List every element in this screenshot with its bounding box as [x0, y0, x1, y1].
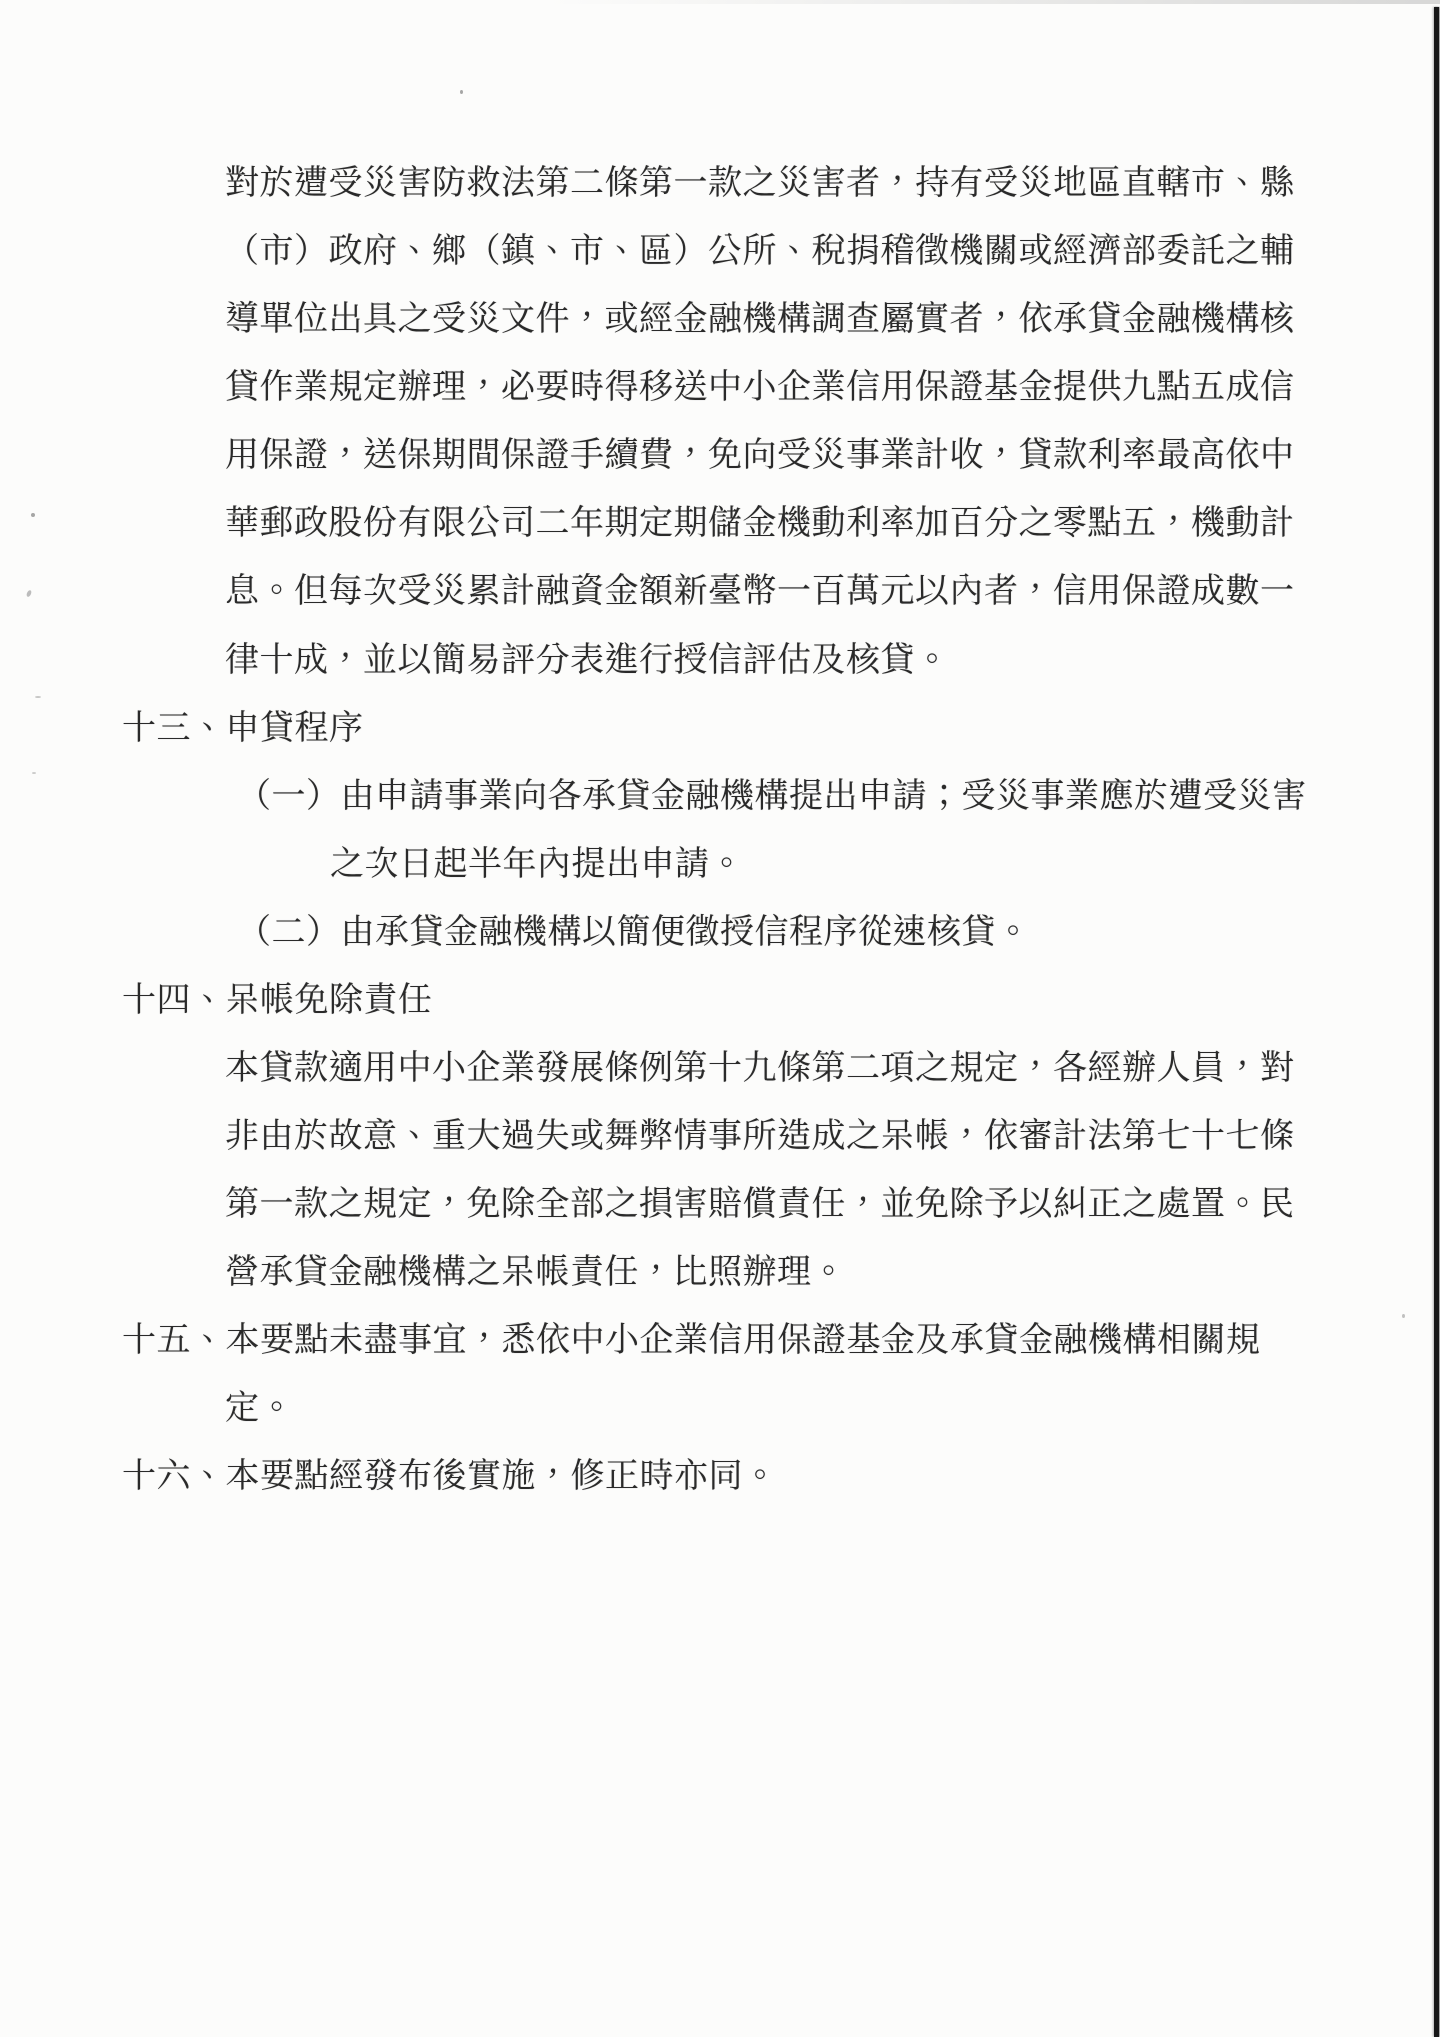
scan-speck: [460, 90, 463, 94]
item-13-sub-2: （二）由承貸金融機構以簡便徵授信程序從速核貸。: [237, 912, 1031, 952]
para12-line-6: 華郵政股份有限公司二年期定期儲金機動利率加百分之零點五，機動計: [225, 503, 1295, 543]
para12-line-3: 導單位出具之受災文件，或經金融機構調查屬實者，依承貸金融機構核: [225, 299, 1295, 339]
para12-line-4: 貸作業規定辦理，必要時得移送中小企業信用保證基金提供九點五成信: [225, 367, 1295, 407]
item-14-heading: 十四、呆帳免除責任: [122, 980, 433, 1020]
para12-line-1: 對於遭受災害防救法第二條第一款之災害者，持有受災地區直轄市、縣: [225, 163, 1295, 203]
para14-line-1: 本貸款適用中小企業發展條例第十九條第二項之規定，各經辦人員，對: [225, 1048, 1295, 1088]
item-13-heading: 十三、申貸程序: [122, 708, 364, 748]
para14-line-2: 非由於故意、重大過失或舞弊情事所造成之呆帳，依審計法第七十七條: [225, 1116, 1295, 1156]
item-13-sub-1-cont: 之次日起半年內提出申請。: [330, 844, 744, 884]
item-15: 十五、本要點未盡事宜，悉依中小企業信用保證基金及承貸金融機構相關規: [122, 1320, 1261, 1360]
scan-speck: [35, 696, 41, 698]
document-page: 對於遭受災害防救法第二條第一款之災害者，持有受災地區直轄市、縣 （市）政府、鄉（…: [0, 0, 1440, 2037]
scan-speck: [31, 513, 35, 517]
para14-line-3: 第一款之規定，免除全部之損害賠償責任，並免除予以糾正之處置。民: [225, 1184, 1295, 1224]
para12-line-8: 律十成，並以簡易評分表進行授信評估及核貸。: [225, 640, 950, 680]
scan-edge-line: [1434, 7, 1439, 2037]
scan-top-edge-streak: [547, 0, 1440, 4]
para12-line-7: 息。但每次受災累計融資金額新臺幣一百萬元以內者，信用保證成數一: [225, 571, 1295, 611]
scan-speck: [1402, 1314, 1405, 1318]
para14-line-4: 營承貸金融機構之呆帳責任，比照辦理。: [225, 1252, 846, 1292]
item-13-sub-1: （一）由申請事業向各承貸金融機構提出申請；受災事業應於遭受災害: [237, 776, 1307, 816]
para12-line-2: （市）政府、鄉（鎮、市、區）公所、稅捐稽徵機關或經濟部委託之輔: [225, 231, 1295, 271]
item-16: 十六、本要點經發布後實施，修正時亦同。: [122, 1456, 778, 1496]
item-15-cont: 定。: [225, 1388, 294, 1428]
scan-speck: [32, 772, 36, 774]
scan-speck: [26, 589, 33, 597]
para12-line-5: 用保證，送保期間保證手續費，免向受災事業計收，貸款利率最高依中: [225, 435, 1295, 475]
